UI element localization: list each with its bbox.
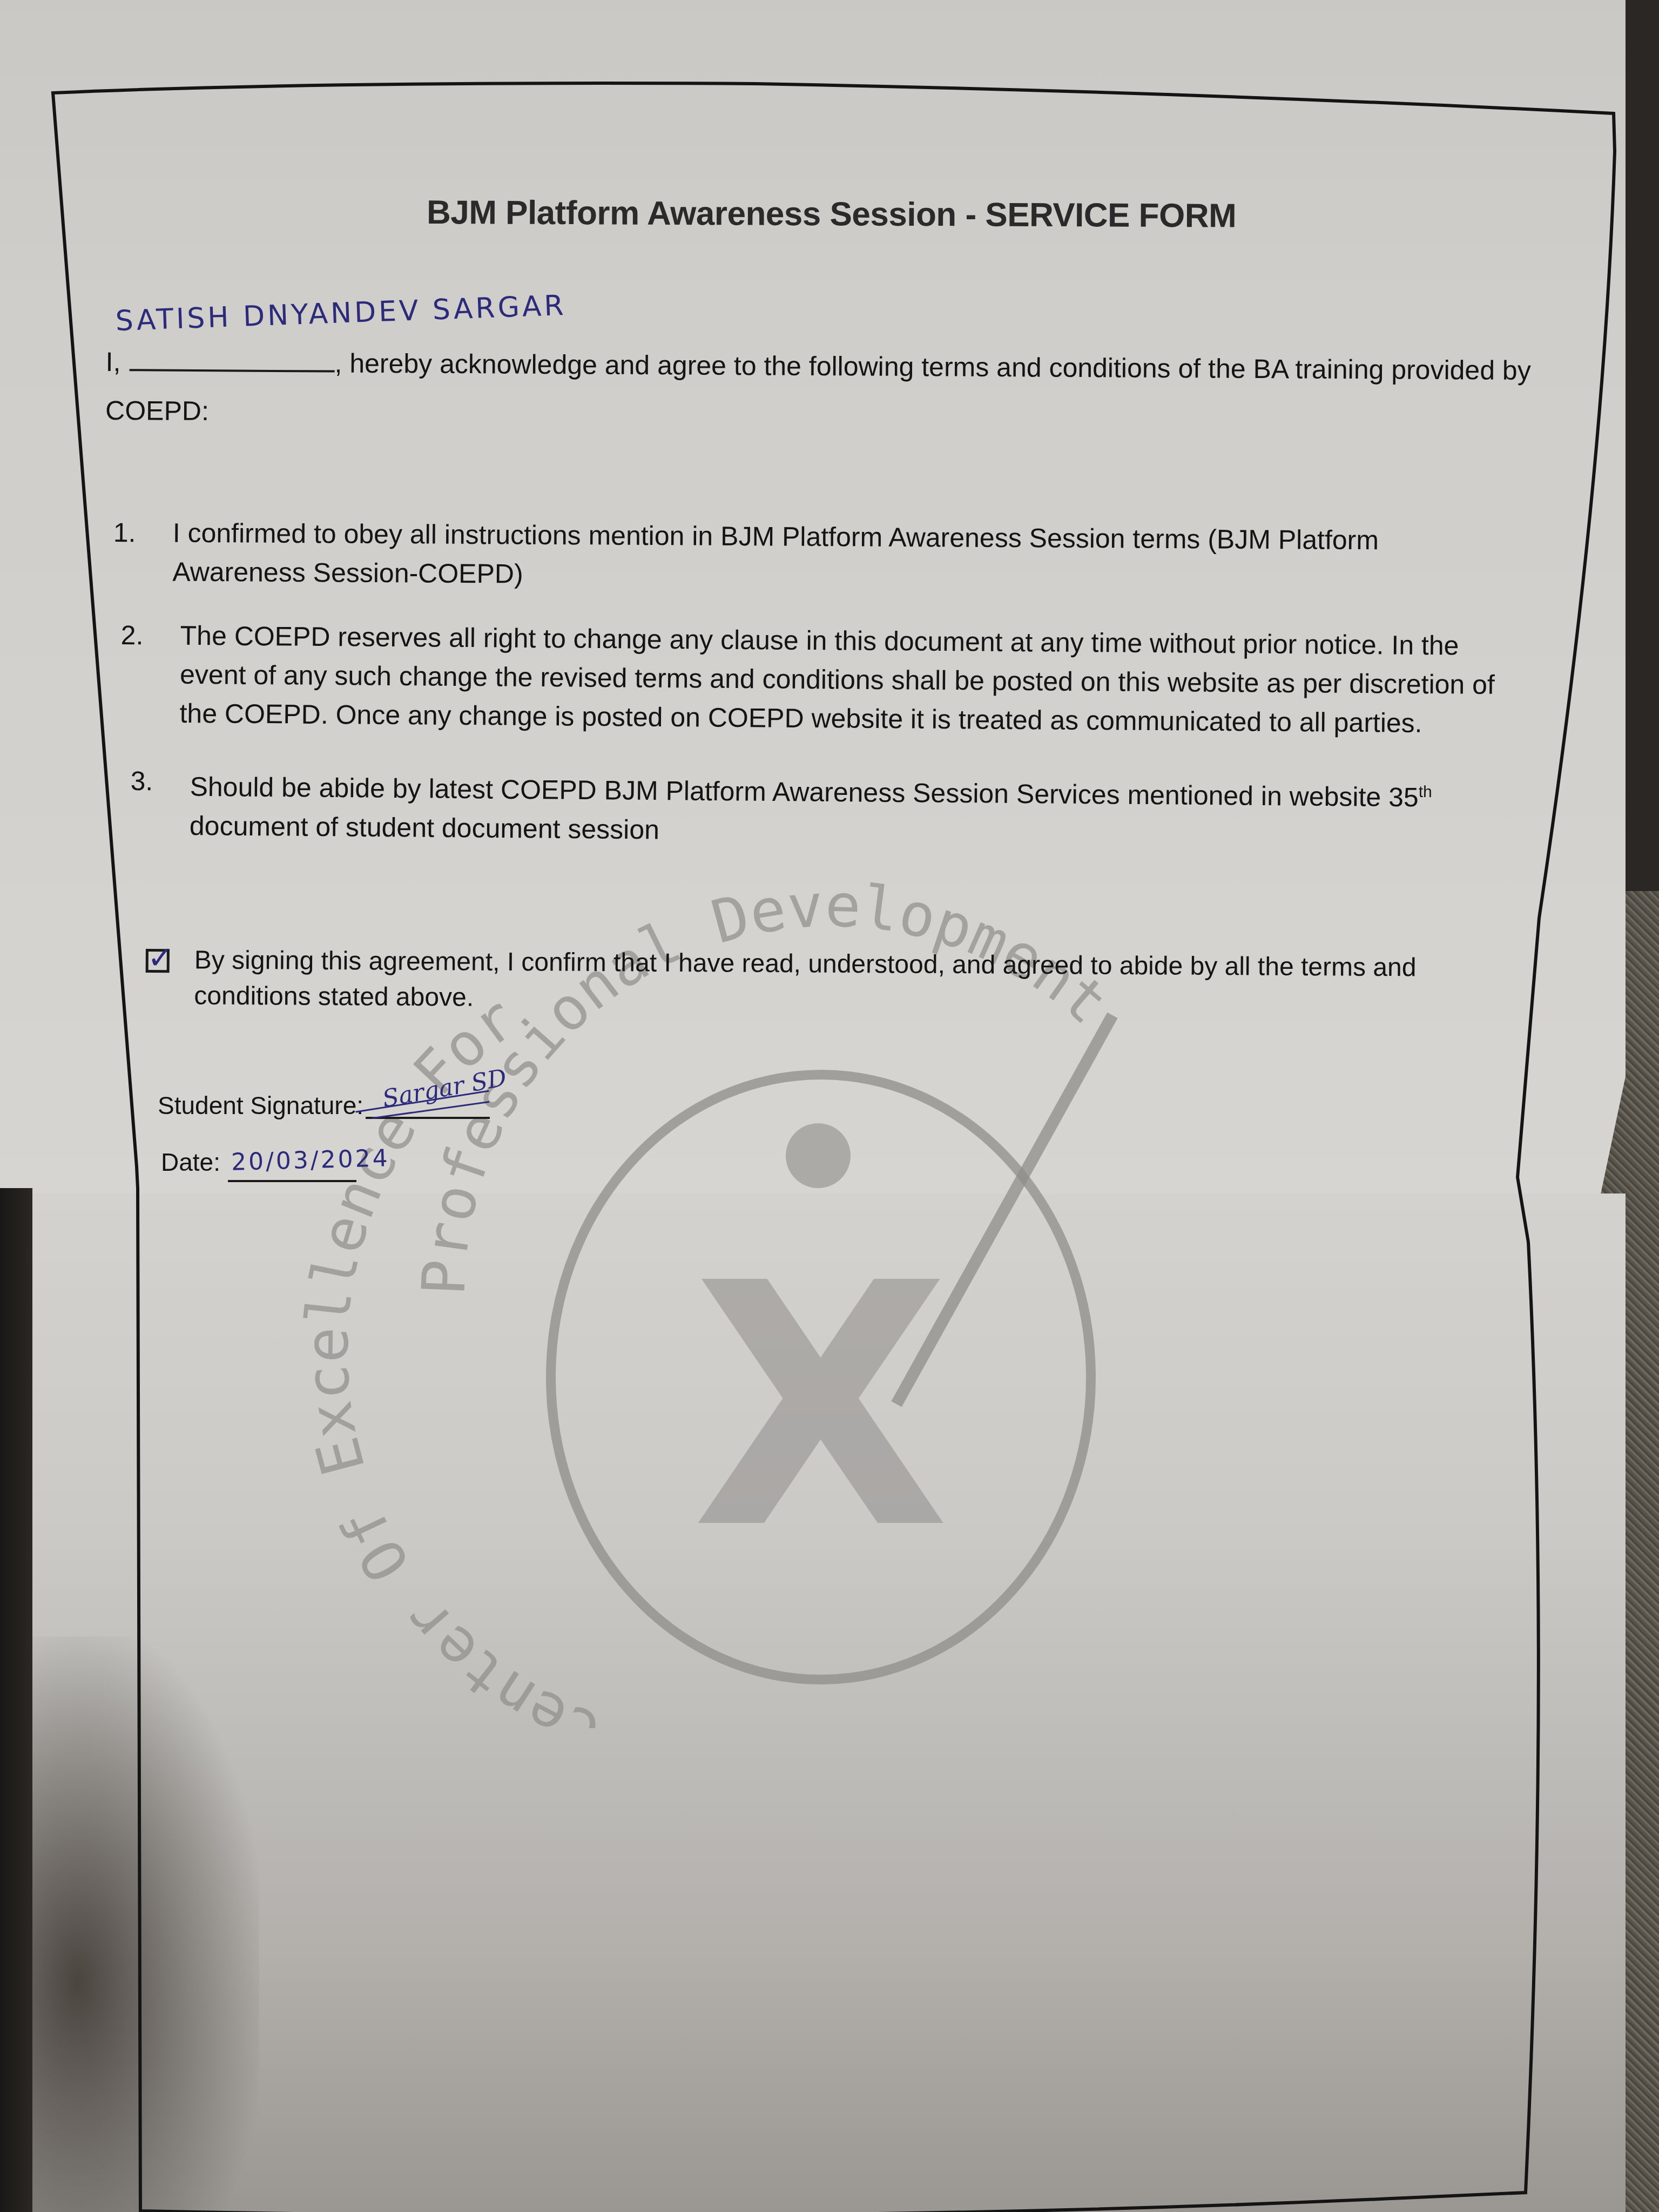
date-label: Date: — [161, 1148, 220, 1177]
service-form: BJM Platform Awareness Session - SERVICE… — [0, 0, 1659, 2212]
agreement-statement: ✓ By signing this agreement, I confirm t… — [145, 942, 1496, 1022]
term-text: Should be abide by latest COEPD BJM Plat… — [190, 762, 1535, 857]
term-item: 1. I confirmed to obey all instructions … — [113, 513, 1518, 599]
signature-row: Student Signature: Sargar SD — [158, 1091, 490, 1120]
name-blank-field[interactable] — [129, 353, 334, 372]
intro-paragraph: I,, hereby acknowledge and agree to the … — [105, 338, 1586, 444]
term-number: 3. — [130, 761, 190, 845]
signature-label: Student Signature: — [158, 1091, 363, 1120]
term-text: I confirmed to obey all instructions men… — [172, 514, 1518, 599]
term-text: The COEPD reserves all right to change a… — [179, 616, 1525, 744]
term-number: 2. — [120, 616, 180, 733]
agreement-text: By signing this agreement, I confirm tha… — [194, 943, 1496, 1022]
photo-scene: Professional Development Center Of Excel… — [0, 0, 1659, 2212]
form-title: BJM Platform Awareness Session - SERVICE… — [427, 193, 1237, 235]
checkmark-icon: ✓ — [147, 942, 174, 973]
date-row: Date: 20/03/2024 — [161, 1148, 356, 1177]
signature-field[interactable]: Sargar SD — [366, 1117, 490, 1119]
agreement-checkbox[interactable]: ✓ — [146, 949, 170, 973]
date-handwritten: 20/03/2024 — [231, 1144, 390, 1176]
term-text-part: Should be abide by latest COEPD BJM Plat… — [190, 772, 1419, 813]
term-item: 3. Should be abide by latest COEPD BJM P… — [130, 761, 1535, 857]
term-text-superscript: th — [1419, 783, 1432, 801]
term-text-part: document of student document session — [190, 811, 659, 845]
student-name-handwritten: SATISH DNYANDEV SARGAR — [115, 289, 567, 338]
date-field[interactable]: 20/03/2024 — [228, 1180, 356, 1182]
term-number: 1. — [113, 513, 173, 591]
term-item: 2. The COEPD reserves all right to chang… — [120, 616, 1525, 743]
intro-prefix: I, — [106, 347, 121, 377]
